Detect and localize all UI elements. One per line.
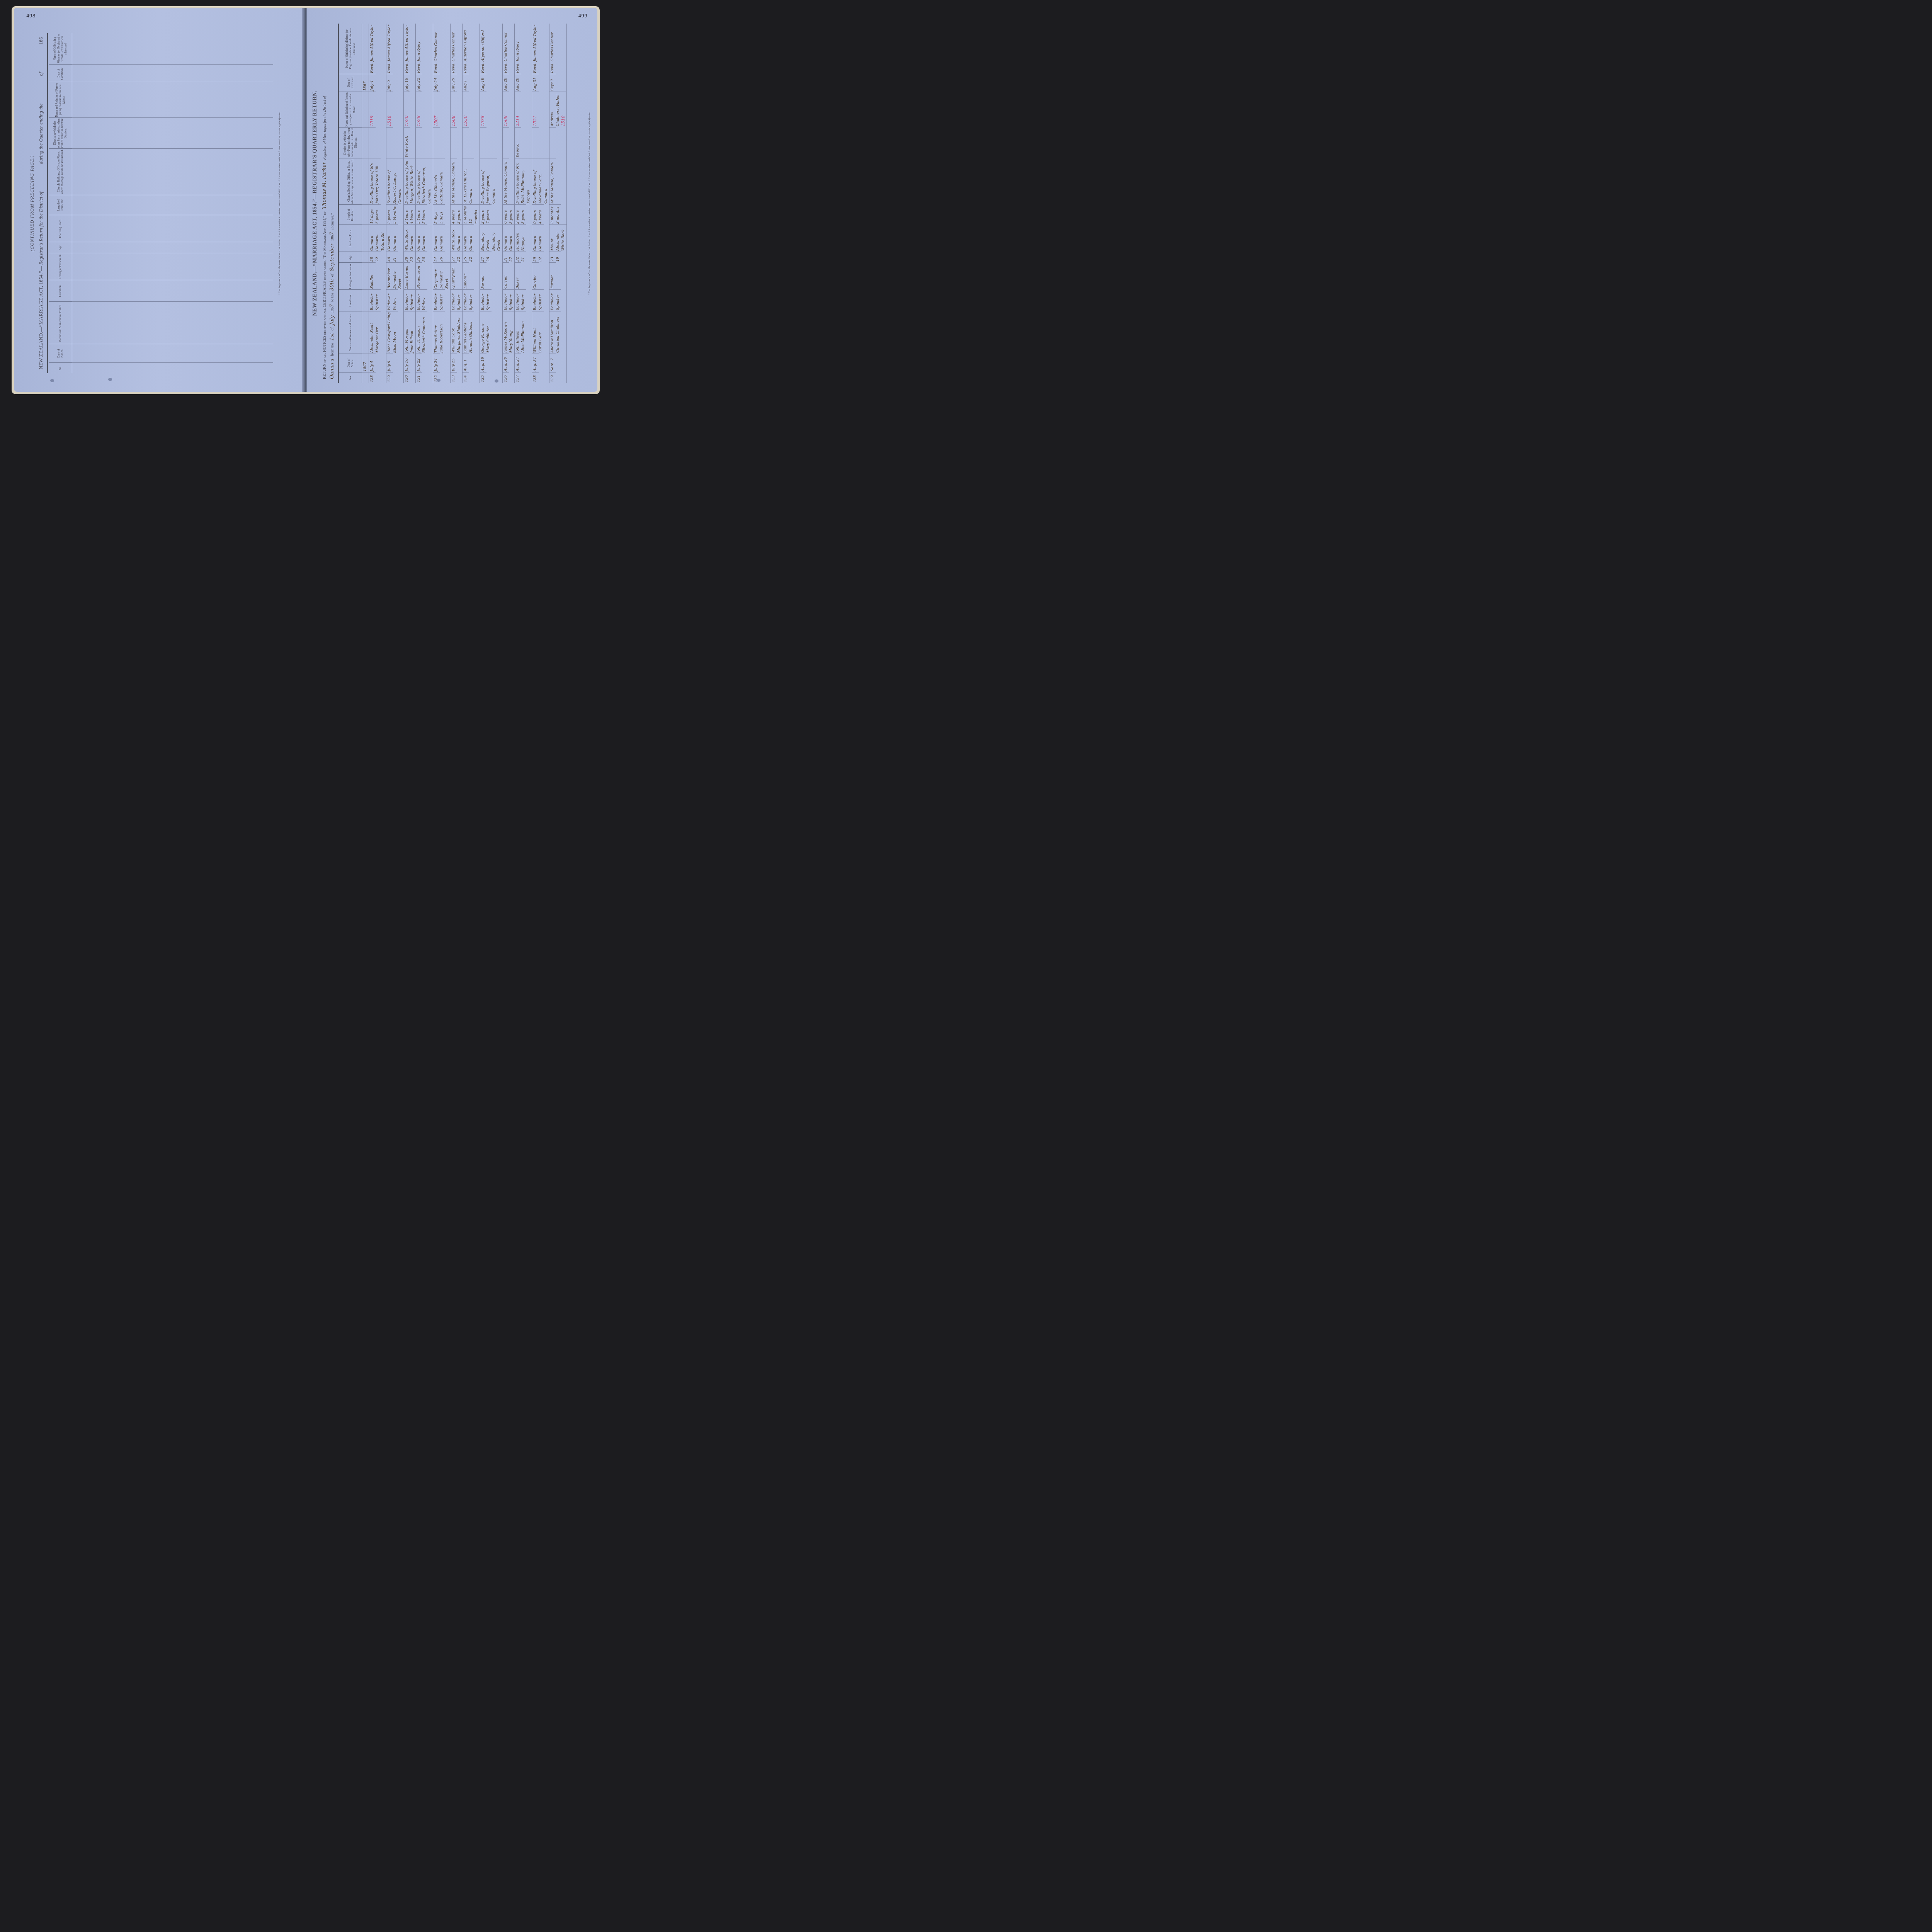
column-header: Name and Relation of Person giving conse…: [339, 92, 362, 127]
empty-column: [72, 148, 273, 195]
empty-column: [72, 301, 273, 344]
cell-residence: 3 years5 Months: [386, 204, 398, 224]
cell-dwelling: Mount AlexanderWhite Rock: [549, 224, 566, 252]
dwelling-value: White Rock: [404, 226, 410, 251]
place-value: At the Manse, Oamaru: [550, 159, 555, 204]
parties-value: Eliza Moon: [392, 312, 398, 353]
column-header: Calling or Profession.: [339, 262, 362, 289]
age-value: 31: [392, 253, 398, 262]
from-label: from the: [330, 343, 335, 356]
cell-residence: 6 years3 years: [503, 204, 514, 224]
parties-value: William Hunt: [532, 312, 538, 353]
residence-value: 2 years: [456, 206, 462, 224]
date-value: Aug. 27: [515, 355, 520, 371]
calling-value: Stonemason: [416, 264, 422, 289]
continued-banner: (CONTINUED FROM PRECEDING PAGE.): [29, 29, 35, 377]
cert-date-value: July 24: [434, 75, 439, 91]
cell-age: 2522: [463, 252, 474, 262]
red-register-number: 1521: [532, 116, 537, 126]
cell-residence: 3 months3 months: [549, 204, 561, 224]
inclusive-label: inclusive.*: [330, 213, 335, 230]
age-value: 21: [520, 253, 526, 262]
to-label: to the: [330, 293, 335, 302]
residence-value: 4 Years: [538, 206, 543, 224]
column-header: Church, Building, Office, or Place, wher…: [339, 158, 362, 204]
cell-residence: 2 Years4 Years: [404, 204, 415, 224]
condition-value: Spinster: [509, 291, 514, 310]
no-value: 134: [463, 373, 468, 382]
residence-value: 3 months: [550, 206, 555, 224]
red-register-number: 1538: [480, 116, 485, 126]
cell-no: 139: [549, 372, 556, 383]
cert-date-value: Sept 7: [550, 75, 555, 91]
dwelling-value: Oamaru: [392, 226, 398, 251]
dwelling-value: Oamaru: [410, 226, 415, 251]
column-header: Date of Notice.: [49, 344, 72, 362]
cell-place: Dwelling house of Mr. John Orr, Totara H…: [369, 158, 381, 204]
no-value: 136: [503, 373, 509, 382]
empty-column: [72, 362, 273, 373]
date-value: July 24: [434, 355, 439, 371]
year-cell: [362, 262, 369, 289]
cert-date-value: July 9: [387, 75, 392, 91]
year-label-1: 186: [330, 307, 335, 313]
cell-dwelling: OamaruOamaru: [532, 224, 544, 252]
column-header: No.: [339, 372, 362, 383]
residence-value: 4 years: [451, 206, 456, 224]
year-cell: [362, 289, 369, 311]
minister-value: Revd. James Alfred Taylor: [404, 24, 410, 73]
place-value: At the Manse, Oamaru: [503, 159, 509, 204]
condition-value: Spinster: [486, 291, 491, 310]
cell-no: 131: [416, 372, 422, 383]
cell-calling: Quarryman: [451, 262, 457, 289]
calling-value: Farmer: [480, 264, 486, 289]
date-value: Aug. 31: [532, 355, 538, 371]
cell-condition: BachelorSpinster: [433, 289, 445, 311]
cell-consent: 1509: [503, 92, 509, 127]
cell-cert-date: Sept 7: [549, 74, 556, 92]
residence-value: 3 years: [387, 206, 392, 224]
cell-cert-date: July 4: [369, 74, 376, 92]
cell-dwelling: OamaruOamaru: [433, 224, 445, 252]
cell-residence: 14 days5 years: [369, 204, 381, 224]
age-value: 32: [410, 253, 415, 262]
residence-value: 5 years: [375, 206, 380, 224]
calling-value: Carrier: [532, 264, 538, 289]
cell-minister: Revd. Charles Connor: [549, 24, 556, 74]
cell-age: 2426: [433, 252, 445, 262]
minister-value: Revd. Charles Connor: [451, 24, 456, 73]
condition-value: Spinster: [538, 291, 543, 310]
date-value: July 9: [387, 355, 392, 371]
place-value: St. Luke's Church, Oamaru: [463, 159, 474, 204]
place-value: At Mr. Gibson's Cottage, Oamaru: [434, 159, 444, 204]
cert-date-value: Aug 19: [480, 75, 486, 91]
dwelling-value: Oamaru: [422, 226, 427, 251]
left-page-number: 498: [26, 13, 35, 19]
minister-value: Revd. James Alfred Taylor: [387, 24, 392, 73]
red-register-number: 2214: [515, 116, 520, 126]
parties-value: Alice McPherson: [520, 312, 526, 353]
cell-consent: 2214: [515, 92, 521, 127]
district-name: Oamaru: [329, 359, 335, 379]
condition-value: Widower: [387, 291, 392, 310]
column-header: District in which the other Party reside…: [339, 127, 362, 158]
age-value: 28: [369, 253, 375, 262]
year-cell: [362, 92, 369, 127]
cell-age: 3127: [503, 252, 514, 262]
cell-condition: BachelorSpinster: [480, 289, 492, 311]
age-value: 26: [486, 253, 491, 262]
empty-column: [72, 280, 273, 301]
cell-dwelling: OamaruOamaru: [463, 224, 474, 252]
residence-value: 5 Months: [392, 206, 398, 224]
age-value: 22: [468, 253, 474, 262]
date-value: July 25: [451, 355, 456, 371]
return-line-suffix: Registrar of Marriages for the District …: [323, 96, 327, 160]
age-value: 36: [416, 253, 422, 262]
dwelling-value: Nepoyo: [520, 226, 526, 251]
from-year-digit: 7: [329, 304, 335, 307]
cell-calling: Lime Burner: [404, 262, 410, 289]
of-label-2: of: [330, 274, 335, 277]
cell-condition: BachelorSpinster: [549, 289, 561, 311]
parties-value: Mary Young: [509, 312, 514, 353]
cell-district: [386, 127, 393, 158]
parties-value: William Cook: [451, 312, 456, 353]
left-title-quarter: during the Quarter ending the: [38, 104, 44, 164]
parties-value: George Parsons: [480, 312, 486, 353]
minister-value: Revd. Algernon Gifford: [463, 24, 468, 73]
cell-consent: 1521: [532, 92, 539, 127]
calling-value: Domestic Servt.: [392, 264, 403, 289]
table-row: 130July 16John MorganJane EllisonBachelo…: [404, 24, 416, 383]
cell-residence: 5 days5 days: [433, 204, 445, 224]
condition-value: Bachelor: [463, 291, 468, 310]
minister-value: Revd. James Alfred Taylor: [532, 24, 538, 73]
right-title: NEW ZEALAND.—“MARRIAGE ACT, 1854.”—REGIS…: [312, 20, 318, 387]
binding-rivet: [50, 379, 54, 382]
column-header: Date of Certificate.: [339, 74, 362, 92]
cell-parties: Samuel GibbonsHannah Gibbons: [463, 311, 474, 354]
year-cell: [362, 372, 369, 383]
year-row: 18671867: [362, 24, 369, 383]
place-value: Dwelling house of John Morgan, White Roc…: [404, 159, 415, 204]
dwelling-value: White Rock: [561, 226, 566, 251]
column-header: Names and Surnames of Parties.: [49, 301, 72, 344]
cell-cert-date: July 22: [416, 74, 422, 92]
dwelling-value: Oamaru: [463, 226, 468, 251]
cell-dwelling: HampdenNepoyo: [515, 224, 526, 252]
year-cell: [362, 224, 369, 252]
calling-value: Carpenter: [434, 264, 439, 289]
year-cell: [362, 158, 369, 204]
cell-minister: Revd. Charles Connor: [503, 24, 509, 74]
calling-value: Lime Burner: [404, 264, 410, 289]
left-footnote: * The Registrar is to “certify under his…: [278, 33, 281, 373]
condition-value: Bachelor: [515, 291, 520, 310]
no-value: 137: [515, 373, 520, 382]
year-cell: [362, 252, 369, 262]
residence-value: 5 days: [434, 206, 439, 224]
cell-calling: BootmakerDomestic Servt.: [386, 262, 403, 289]
no-value: 138: [532, 373, 538, 382]
year-cell: 1867: [362, 354, 369, 372]
calling-value: Laborer: [463, 264, 468, 289]
column-header: Length of Residence.: [339, 204, 362, 224]
cell-age: 3221: [515, 252, 526, 262]
minister-value: Revd. John Ryley: [416, 24, 422, 73]
left-title-italic: Registrar's Return for the District of: [38, 192, 44, 265]
left-column-headers: No.Date of Notice.Names and Surnames of …: [49, 33, 72, 373]
dwelling-value: Oamaru: [434, 226, 439, 251]
cell-date: Aug. 20: [503, 354, 509, 372]
cell-condition: BachelorSpinster: [503, 289, 514, 311]
of-label: of: [330, 327, 335, 330]
consent-value: Andrew Chalmers, Father: [550, 93, 561, 126]
residence-value: 3 months: [555, 206, 561, 224]
cert-date-value: July 16: [404, 75, 410, 91]
place-value: Dwelling house of James Boynton, Oamaru: [480, 159, 497, 204]
empty-column: [72, 242, 273, 253]
table-row: 134Aug. 1Samuel GibbonsHannah GibbonsBac…: [463, 24, 480, 383]
cell-age: 3832: [404, 252, 415, 262]
cert-date-value: July 22: [416, 75, 422, 91]
condition-value: Widow: [392, 291, 398, 310]
cell-consent: 1518: [386, 92, 393, 127]
table-row: 136Aug. 20James McKeownMary YoungBachelo…: [503, 24, 515, 383]
table-row: 128July 4Alexander ScottMargaret OrrBach…: [369, 24, 386, 383]
cert-date-value: Aug 20: [503, 75, 509, 91]
left-form: (CONTINUED FROM PRECEDING PAGE.) NEW ZEA…: [27, 29, 294, 377]
left-title-year: 186: [38, 37, 44, 45]
cell-date: Aug. 31: [532, 354, 539, 372]
red-register-number: 1520: [404, 116, 409, 126]
empty-column: [72, 195, 273, 215]
cell-no: 133: [451, 372, 457, 383]
residence-value: 2 years: [480, 206, 486, 224]
cell-consent: 1519: [369, 92, 376, 127]
registrar-name: Thomas M. Parker: [321, 162, 327, 209]
red-register-number: 1530: [463, 116, 468, 126]
condition-value: Bachelor: [451, 291, 456, 310]
condition-value: Spinster: [375, 291, 380, 310]
cell-district: [503, 127, 509, 158]
cell-cert-date: Aug 20: [515, 74, 521, 92]
column-header: Name of Officiating Minister (or Registr…: [49, 33, 72, 64]
parties-value: Christina Chalmers: [555, 312, 561, 353]
cell-cert-date: July 24: [433, 74, 440, 92]
table-row: 132July 24Thomas SetterJane RobertsonBac…: [433, 24, 451, 383]
cell-consent: 1530: [463, 92, 469, 127]
cell-cert-date: Aug 1: [463, 74, 469, 92]
red-register-number: 1518: [387, 116, 392, 126]
dwelling-value: Oamaru: [416, 226, 422, 251]
cell-calling: Carrier: [532, 262, 539, 289]
binding-rivet: [437, 379, 440, 382]
table-row: 133July 25William CookMargaret ShaldersB…: [451, 24, 463, 383]
dwelling-value: Oamaru: [503, 226, 509, 251]
age-value: 19: [555, 253, 561, 262]
age-value: 22: [375, 253, 380, 262]
cell-no: 137: [515, 372, 521, 383]
cell-calling: Saddler: [369, 262, 376, 289]
cell-no: 138: [532, 372, 539, 383]
residence-value: 14 days: [369, 206, 375, 224]
cell-condition: BachelorSpinster: [532, 289, 544, 311]
cell-minister: Revd. James Alfred Taylor: [386, 24, 393, 74]
residence-value: 9 years: [532, 206, 538, 224]
cell-minister: Revd. Algernon Gifford: [463, 24, 469, 74]
cell-no: 135: [480, 372, 486, 383]
condition-value: Bachelor: [532, 291, 538, 310]
left-title-main: NEW ZEALAND.—“MARRIAGE ACT, 1854.”—: [38, 266, 44, 369]
condition-value: Bachelor: [369, 291, 375, 310]
to-year-digit: 7: [329, 232, 335, 235]
no-value: 135: [480, 373, 486, 382]
calling-value: Carrier: [503, 264, 509, 289]
cell-calling: Baker: [515, 262, 521, 289]
parties-value: Margaret Shalders: [456, 312, 462, 353]
minister-value: Revd. John Ryley: [515, 24, 520, 73]
cell-age: 2722: [451, 252, 462, 262]
date-value: July 22: [416, 355, 422, 371]
cell-minister: Revd. John Ryley: [416, 24, 422, 74]
age-value: 26: [439, 253, 444, 262]
cell-minister: Revd. James Alfred Taylor: [369, 24, 376, 74]
red-register-number: 1509: [503, 116, 508, 126]
age-value: 22: [456, 253, 462, 262]
red-register-number: 1519: [369, 116, 374, 126]
cell-consent: 1520: [404, 92, 410, 127]
calling-value: Baker: [515, 264, 520, 289]
place-value: Dwelling house of Elizabeth Cameron, Oam…: [416, 159, 432, 204]
no-value: 139: [550, 373, 555, 382]
cell-place: Dwelling house of Mr. Robt. McPherson, K…: [515, 158, 532, 204]
cert-date-value: Aug 20: [515, 75, 520, 91]
no-value: 129: [387, 373, 392, 382]
cell-place: Dwelling house of Elizabeth Cameron, Oam…: [416, 158, 433, 204]
cell-minister: Revd. Charles Connor: [451, 24, 457, 74]
district-value: White Rock: [404, 128, 410, 157]
parties-value: Elizabeth Cameron: [422, 312, 427, 353]
cert-date-value: Aug 1: [463, 75, 468, 91]
dwelling-value: Boundary Creek: [491, 226, 502, 251]
dwelling-value: Oamaru: [532, 226, 538, 251]
parties-value: Margaret Orr: [375, 312, 380, 353]
cell-place: At the Manse, Oamaru: [503, 158, 509, 204]
column-header: Name of Officiating Minister (or Registr…: [339, 24, 362, 74]
parties-value: Robt. Crawford Laing: [387, 312, 392, 353]
minister-value: Revd. Charles Connor: [434, 24, 439, 73]
residence-value: 2 years: [515, 206, 520, 224]
cell-age: 2932: [532, 252, 544, 262]
to-month: September: [329, 243, 335, 271]
empty-column: [72, 64, 273, 82]
column-header: District in which the other Party reside…: [49, 117, 72, 148]
cell-minister: Revd. Algernon Gifford: [480, 24, 486, 74]
column-header: Condition.: [339, 289, 362, 311]
condition-value: Spinster: [456, 291, 462, 310]
binding-rivet: [495, 379, 498, 383]
cell-place: Dwelling house of Alexander Carr, Oamaru: [532, 158, 549, 204]
cell-dwelling: Boundary CreekBoundary Creek: [480, 224, 502, 252]
condition-value: Spinster: [439, 291, 444, 310]
column-header: Dwelling Place.: [49, 215, 72, 242]
cell-district: [480, 127, 486, 158]
right-heavy-rule: [338, 24, 339, 383]
age-value: 29: [532, 253, 538, 262]
parties-value: John Ellison: [515, 312, 520, 353]
condition-value: Spinster: [410, 291, 415, 310]
parties-value: Thomas Setter: [434, 312, 439, 353]
cell-parties: Andrew HamiltonChristina Chalmers: [549, 311, 561, 354]
cell-district: [549, 127, 556, 158]
age-value: 24: [434, 253, 439, 262]
age-value: 25: [463, 253, 468, 262]
no-value: 133: [451, 373, 456, 382]
right-column-headers: No.Date of Notice.Names and Surnames of …: [339, 24, 362, 383]
table-row: 135Aug. 19George ParsonsMary SchluterBac…: [480, 24, 503, 383]
cell-cert-date: Aug 19: [480, 74, 486, 92]
cell-district: [451, 127, 457, 158]
cell-minister: Revd. John Ryley: [515, 24, 521, 74]
condition-value: Widow: [422, 291, 427, 310]
cell-parties: George ParsonsMary Schluter: [480, 311, 492, 354]
cell-calling: Carrier: [503, 262, 509, 289]
table-row: 131July 22John ThomsonElizabeth CameronB…: [416, 24, 433, 383]
table-row: 138Aug. 31William HuntSarah CarrBachelor…: [532, 24, 549, 383]
dwelling-value: Oamaru-Totara Rd: [375, 226, 386, 251]
condition-value: Bachelor: [480, 291, 486, 310]
cell-parties: Robt. Crawford LaingEliza Moon: [386, 311, 398, 354]
parties-value: Mary Schluter: [486, 312, 491, 353]
column-header: Names and Surnames of Parties.: [339, 311, 362, 354]
cell-cert-date: July 25: [451, 74, 457, 92]
residence-value: 5 days: [439, 206, 444, 224]
period-line: Oamaru from the 1st of July 1867 to the …: [329, 27, 335, 379]
dwelling-value: Hampden: [515, 226, 520, 251]
residence-value: 4 Years: [410, 206, 415, 224]
place-value: Dwelling house of Mr. John Orr, Totara H…: [369, 159, 380, 204]
parties-value: Jane Ellison: [410, 312, 415, 353]
date-value: July 16: [404, 355, 410, 371]
dwelling-value: Oamaru: [387, 226, 392, 251]
cell-cert-date: Aug 20: [503, 74, 509, 92]
parties-value: Samuel Gibbons: [463, 312, 468, 353]
age-value: 40: [387, 253, 392, 262]
condition-value: Bachelor: [503, 291, 509, 310]
cell-consent: 1538: [480, 92, 486, 127]
cell-parties: William CookMargaret Shalders: [451, 311, 462, 354]
cell-dwelling: OamaruOamaru: [386, 224, 398, 252]
date-value: July 4: [369, 355, 375, 371]
parties-value: James McKeown: [503, 312, 509, 353]
cell-parties: Thomas SetterJane Robertson: [433, 311, 445, 354]
year-label-2: 186: [330, 235, 335, 241]
column-header: No.: [49, 362, 72, 373]
column-header: Calling or Profession.: [49, 253, 72, 280]
cell-dwelling: OamaruOamaru-Totara Rd: [369, 224, 386, 252]
right-footnote: * The Registrar is to “certify under his…: [588, 24, 591, 383]
date-value: Aug. 20: [503, 355, 509, 371]
red-register-number: 1528: [416, 116, 421, 126]
year-cell: [362, 24, 369, 74]
condition-value: Spinster: [468, 291, 474, 310]
cell-consent: 1508: [451, 92, 457, 127]
cell-age: 2726: [480, 252, 492, 262]
